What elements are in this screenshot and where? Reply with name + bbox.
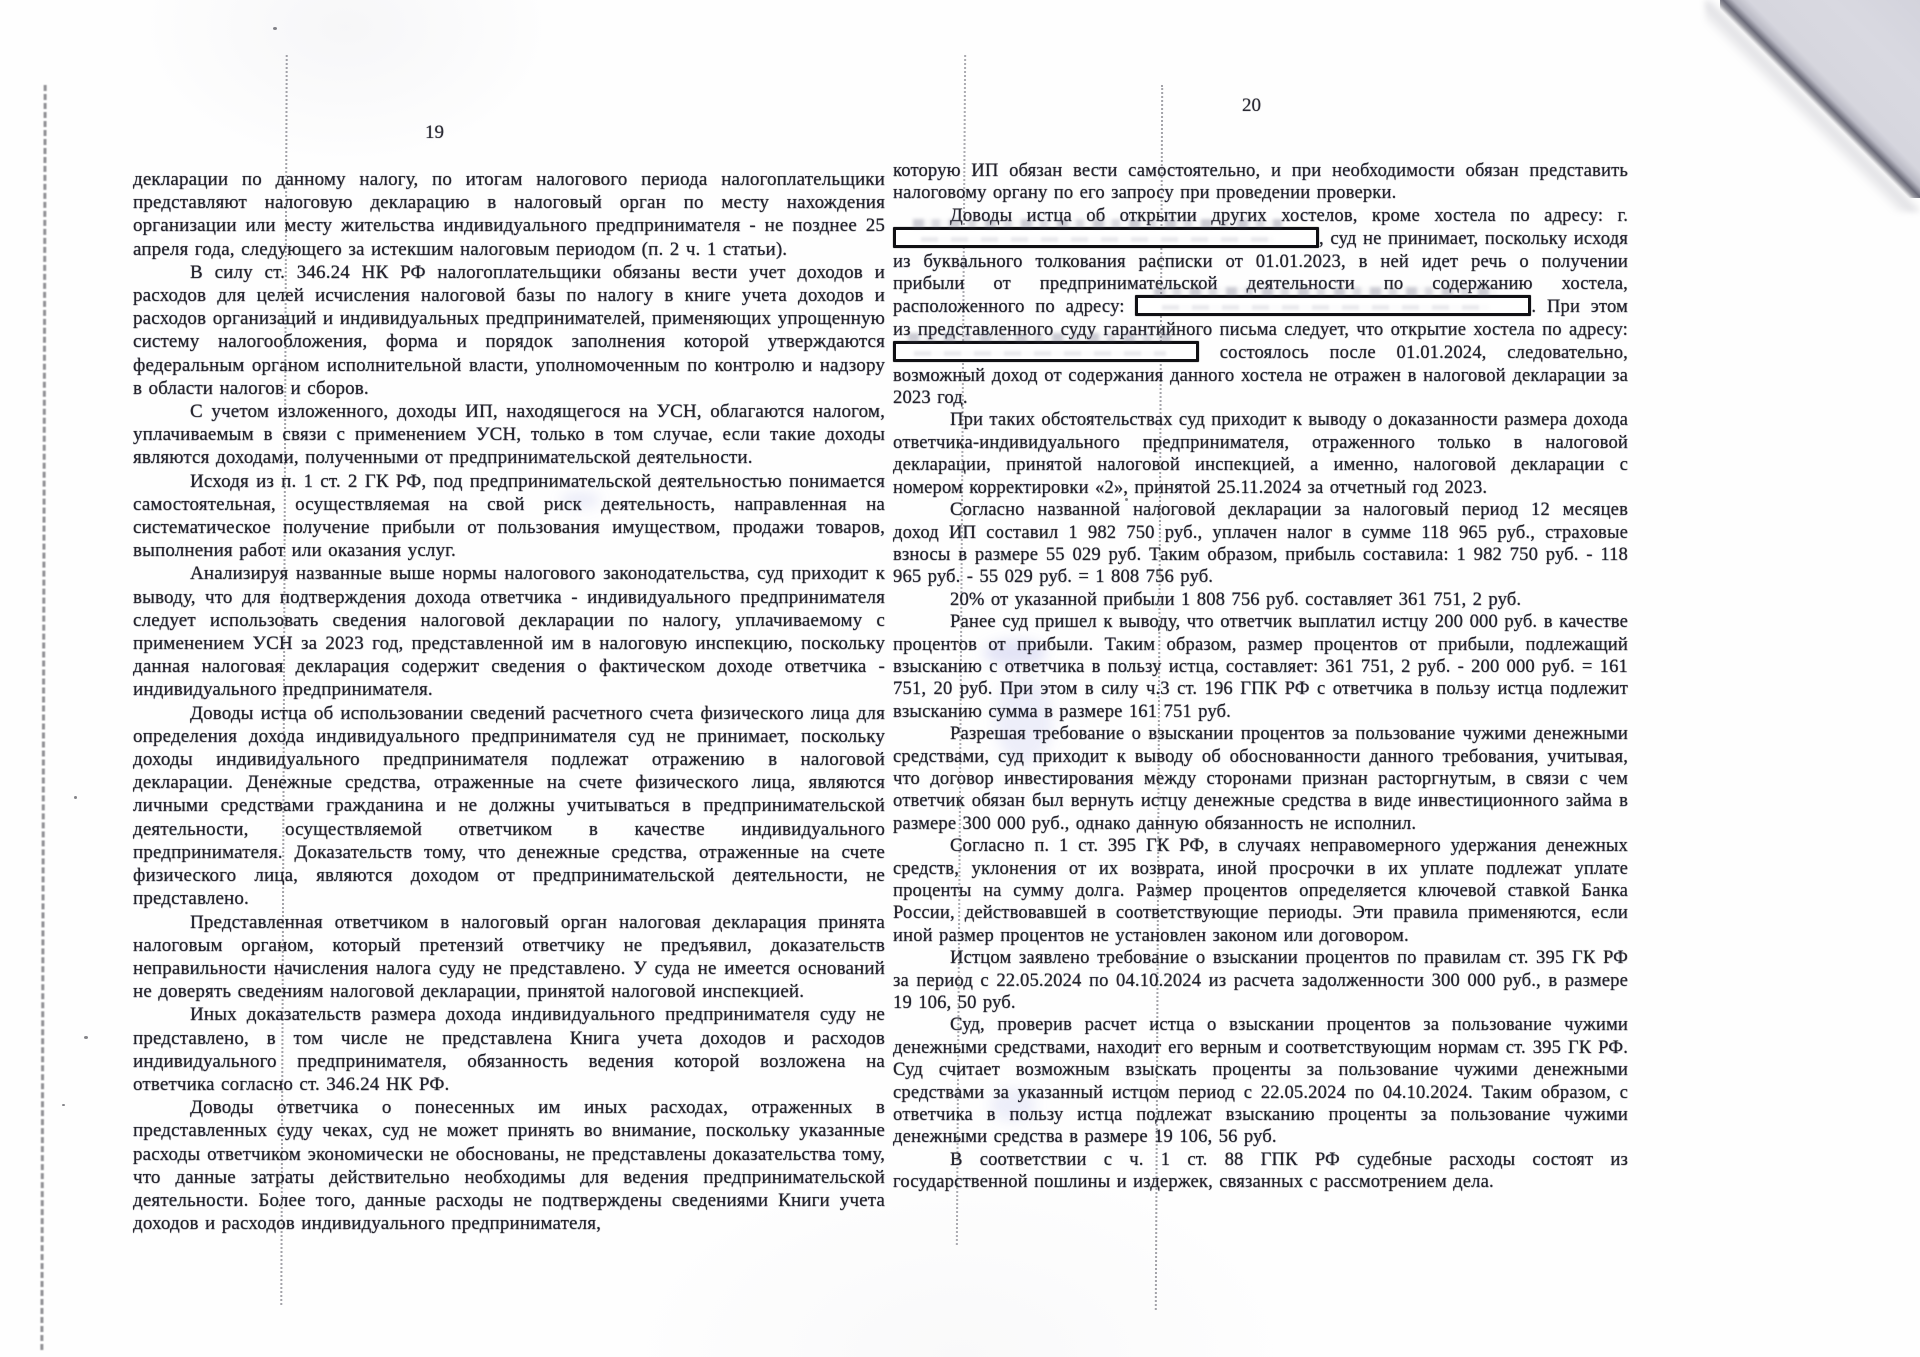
paragraph: Разрешая требование о взыскании проценто…: [893, 723, 1628, 835]
paragraph-text: Согласно названной налоговой декларации …: [893, 499, 1628, 587]
paragraph: декларации по данному налогу, по итогам …: [133, 168, 885, 261]
paragraph-text: Доводы ответчика о понесенных им иных ра…: [133, 1097, 885, 1234]
scan-speck: [273, 27, 277, 30]
paragraph-text: Анализируя названные выше нормы налогово…: [133, 563, 885, 700]
paragraph: С учетом изложенного, доходы ИП, находящ…: [133, 400, 885, 470]
scan-speck: [84, 1036, 88, 1039]
paragraph: Согласно названной налоговой декларации …: [893, 499, 1628, 589]
page-number-20: 20: [1242, 95, 1261, 117]
redaction-box: [893, 341, 1199, 362]
paragraph-text: Исходя из п. 1 ст. 2 ГК РФ, под предприн…: [133, 471, 885, 562]
page19-text-block: декларации по данному налогу, по итогам …: [133, 168, 885, 1235]
scan-speck: [62, 1104, 65, 1106]
page-number-19: 19: [425, 122, 444, 144]
paragraph: Доводы ответчика о понесенных им иных ра…: [133, 1096, 885, 1235]
paragraph: Доводы истца об открытии других хостелов…: [893, 205, 1628, 410]
paragraph-text: В силу ст. 346.24 НК РФ налогоплательщик…: [133, 262, 885, 399]
page20-text-block: которую ИП обязан вести самостоятельно, …: [893, 160, 1628, 1194]
paragraph: Суд, проверив расчет истца о взыскании п…: [893, 1014, 1628, 1148]
paragraph-text: Иных доказательств размера дохода индиви…: [133, 1004, 885, 1095]
paragraph: Ранее суд пришел к выводу, что ответчик …: [893, 611, 1628, 723]
paragraph-text: В соответствии с ч. 1 ст. 88 ГПК РФ суде…: [893, 1149, 1628, 1192]
paragraph-text: Ранее суд пришел к выводу, что ответчик …: [893, 611, 1628, 722]
paragraph-text: которую ИП обязан вести самостоятельно, …: [893, 160, 1628, 203]
paragraph: которую ИП обязан вести самостоятельно, …: [893, 160, 1628, 205]
paragraph-text: Разрешая требование о взыскании проценто…: [893, 723, 1628, 834]
paragraph: Истцом заявлено требование о взыскании п…: [893, 947, 1628, 1014]
paragraph-text: Представленная ответчиком в налоговый ор…: [133, 912, 885, 1003]
paragraph: Согласно п. 1 ст. 395 ГК РФ, в случаях н…: [893, 835, 1628, 947]
paragraph-text: При таких обстоятельствах суд приходит к…: [893, 409, 1628, 497]
paragraph-text: Согласно п. 1 ст. 395 ГК РФ, в случаях н…: [893, 835, 1628, 946]
folded-page-corner: [1720, 0, 1920, 198]
paragraph: В силу ст. 346.24 НК РФ налогоплательщик…: [133, 261, 885, 400]
paragraph-text: декларации по данному налогу, по итогам …: [133, 169, 885, 260]
paragraph-text: С учетом изложенного, доходы ИП, находящ…: [133, 401, 885, 468]
paragraph: 20% от указанной прибыли 1 808 756 руб. …: [893, 589, 1628, 611]
paragraph: Анализируя названные выше нормы налогово…: [133, 562, 885, 701]
redaction-box: [893, 227, 1319, 248]
paragraph-text: Доводы истца об использовании сведений р…: [133, 703, 885, 910]
paragraph-text: Истцом заявлено требование о взыскании п…: [893, 947, 1628, 1013]
paragraph: Представленная ответчиком в налоговый ор…: [133, 911, 885, 1004]
scan-speck: [74, 796, 77, 799]
paragraph: Иных доказательств размера дохода индиви…: [133, 1003, 885, 1096]
paragraph-text: 20% от указанной прибыли 1 808 756 руб. …: [950, 589, 1521, 610]
paragraph-text: Суд, проверив расчет истца о взыскании п…: [893, 1014, 1628, 1147]
redaction-box: [1135, 295, 1531, 316]
paragraph: Исходя из п. 1 ст. 2 ГК РФ, под предприн…: [133, 470, 885, 563]
paragraph: В соответствии с ч. 1 ст. 88 ГПК РФ суде…: [893, 1149, 1628, 1194]
paragraph: При таких обстоятельствах суд приходит к…: [893, 409, 1628, 499]
paragraph: Доводы истца об использовании сведений р…: [133, 702, 885, 911]
